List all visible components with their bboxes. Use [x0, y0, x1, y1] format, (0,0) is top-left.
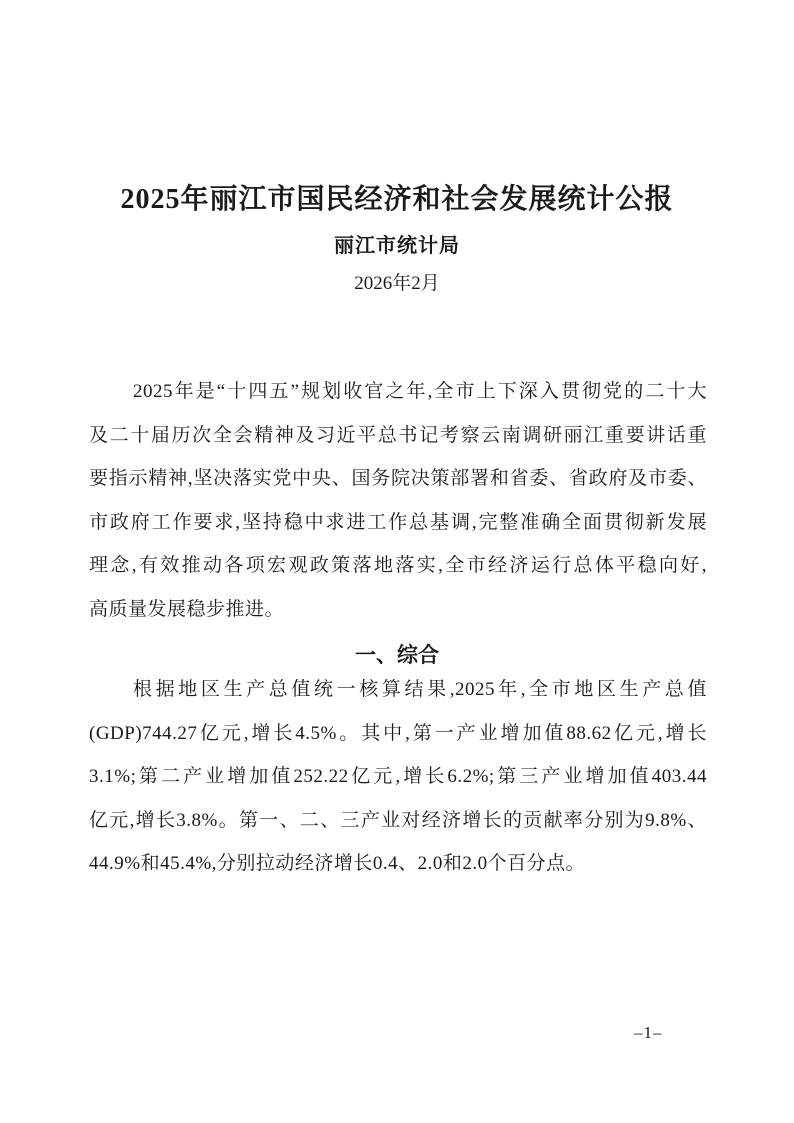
paragraph-line: 3.1%;第二产业增加值252.22亿元,增长6.2%;第三产业增加值403.4… — [89, 755, 707, 799]
paragraph-line: (GDP)744.27亿元,增长4.5%。其中,第一产业增加值88.62亿元,增… — [89, 712, 707, 756]
issuer-name: 丽江市统计局 — [0, 233, 794, 259]
section-1-paragraph: 根据地区生产总值统一核算结果,2025年,全市地区生产总值 (GDP)744.2… — [89, 668, 707, 886]
paragraph-line: 2025年是“十四五”规划收官之年,全市上下深入贯彻党的二十大 — [89, 370, 707, 414]
paragraph-line: 要指示精神,坚决落实党中央、国务院决策部署和省委、省政府及市委、 — [89, 457, 707, 501]
paragraph-line: 高质量发展稳步推进。 — [89, 588, 707, 632]
paragraph-line: 44.9%和45.4%,分别拉动经济增长0.4、2.0和2.0个百分点。 — [89, 842, 707, 886]
page-number: –1– — [634, 1022, 663, 1044]
intro-paragraph: 2025年是“十四五”规划收官之年,全市上下深入贯彻党的二十大 及二十届历次全会… — [89, 370, 707, 631]
publish-date: 2026年2月 — [0, 272, 794, 296]
paragraph-line: 根据地区生产总值统一核算结果,2025年,全市地区生产总值 — [89, 668, 707, 712]
section-heading-overview: 一、综合 — [0, 643, 794, 669]
paragraph-line: 理念,有效推动各项宏观政策落地落实,全市经济运行总体平稳向好, — [89, 544, 707, 588]
document-title: 2025年丽江市国民经济和社会发展统计公报 — [0, 183, 794, 217]
document-page: 2025年丽江市国民经济和社会发展统计公报 丽江市统计局 2026年2月 202… — [0, 0, 794, 1123]
paragraph-line: 及二十届历次全会精神及习近平总书记考察云南调研丽江重要讲话重 — [89, 414, 707, 458]
paragraph-line: 亿元,增长3.8%。第一、二、三产业对经济增长的贡献率分别为9.8%、 — [89, 799, 707, 843]
paragraph-line: 市政府工作要求,坚持稳中求进工作总基调,完整准确全面贯彻新发展 — [89, 501, 707, 545]
